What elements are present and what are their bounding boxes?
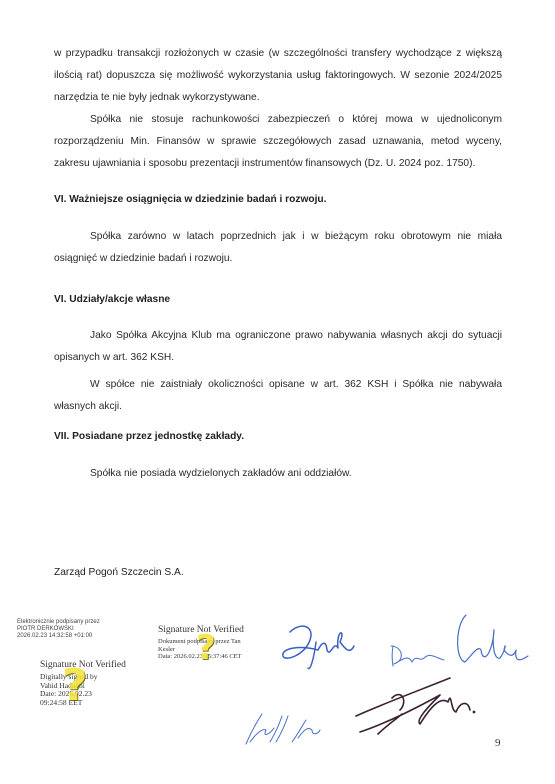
document-page: w przypadku transakcji rozłożonych w cza… [0, 0, 555, 784]
page-number: 9 [495, 737, 501, 749]
handwritten-signatures [0, 0, 555, 784]
handwritten-signature-5 [246, 714, 320, 744]
handwritten-signature-1 [283, 626, 354, 658]
handwritten-signature-2 [391, 646, 444, 666]
handwritten-signature-3 [458, 615, 528, 662]
handwritten-signature-4 [356, 678, 470, 734]
